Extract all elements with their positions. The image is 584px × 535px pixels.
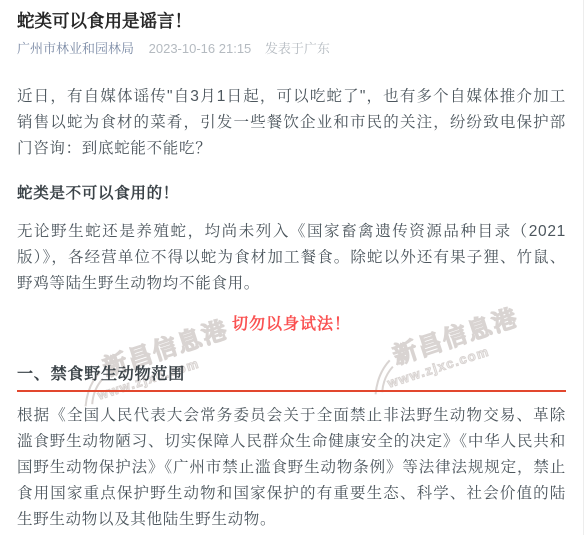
section-heading-scope: 一、禁食野生动物范围 <box>17 363 566 387</box>
account-name-link[interactable]: 广州市林业和园林局 <box>17 41 134 56</box>
warning-text: 切勿以身试法！ <box>17 313 566 337</box>
article-title: 蛇类可以食用是谣言！ <box>17 0 566 34</box>
article-page: 新昌信息港 www.zjxc.com 新昌信息港 www.zjxc.com 蛇类… <box>0 0 584 535</box>
section-divider <box>17 390 566 392</box>
paragraph-scope-detail: 根据《全国人民代表大会常务委员会关于全面禁止非法野生动物交易、革除滥食野生动物陋… <box>17 403 566 533</box>
paragraph-regulation: 无论野生蛇还是养殖蛇，均尚未列入《国家畜禽遗传资源品种目录（2021版）》，各经… <box>17 219 566 297</box>
paragraph-intro: 近日，有自媒体谣传"自3月1日起，可以吃蛇了"，也有多个自媒体推介加工销售以蛇为… <box>17 84 566 162</box>
publish-datetime: 2023-10-16 21:15 <box>149 41 252 56</box>
subheading-not-edible: 蛇类是不可以食用的！ <box>17 182 566 206</box>
publish-location: 发表于广东 <box>265 41 330 56</box>
byline: 广州市林业和园林局 2023-10-16 21:15 发表于广东 <box>17 40 566 58</box>
article-content: 蛇类可以食用是谣言！ 广州市林业和园林局 2023-10-16 21:15 发表… <box>0 0 583 533</box>
